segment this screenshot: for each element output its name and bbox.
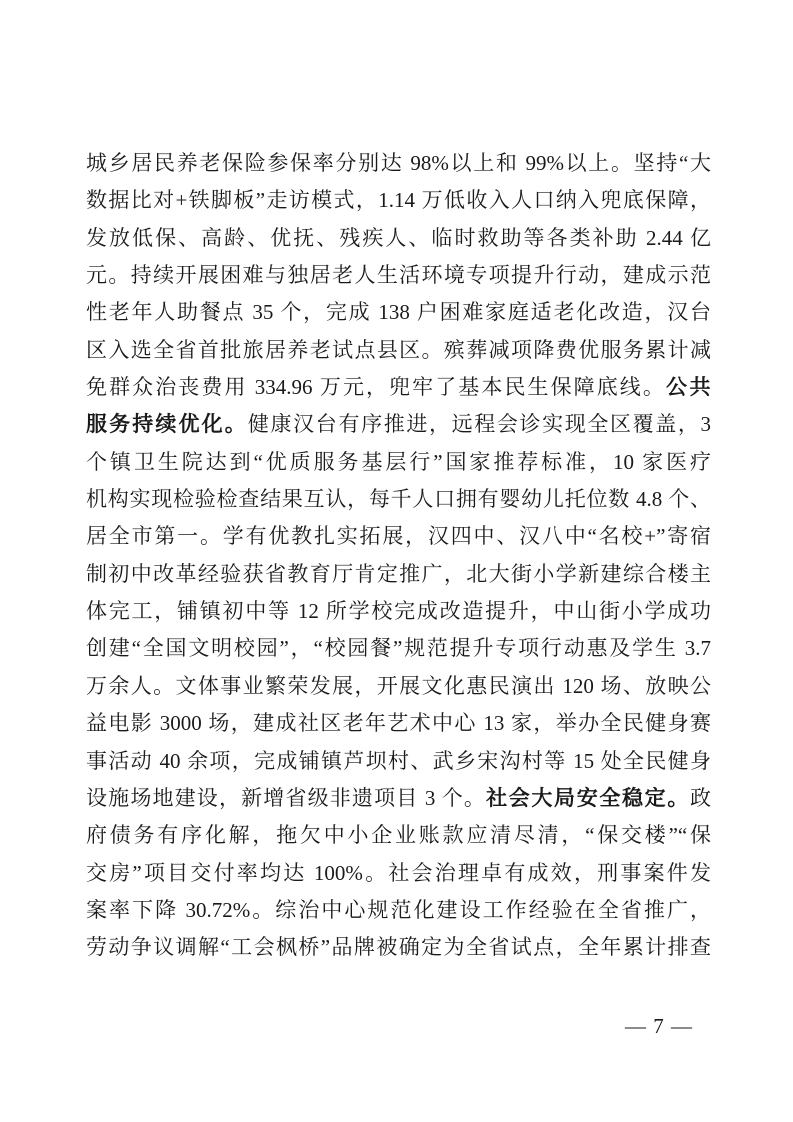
body-text: 城乡居民养老保险参保率分别达 98%以上和 99%以上。坚持“大数据比对+铁脚板…	[86, 145, 711, 967]
page-number: — 7 —	[625, 1013, 693, 1039]
text-segment: 府债务有序化解，拖欠中小企业账款应清尽清，“保交楼”“保	[86, 823, 711, 847]
text-segment: 创建“全国文明校园”，“校园餐”规范提升专项行动惠及学生 3.7	[86, 636, 711, 660]
text-line: 城乡居民养老保险参保率分别达 98%以上和 99%以上。坚持“大	[86, 145, 711, 182]
text-line: 居全市第一。学有优教扎实拓展，汉四中、汉八中“名校+”寄宿	[86, 518, 711, 555]
text-segment: 设施场地建设，新增省级非遗项目 3 个。	[86, 786, 486, 810]
text-line: 体完工，铺镇初中等 12 所学校完成改造提升，中山街小学成功	[86, 593, 711, 630]
section-heading: 社会大局安全稳定。	[486, 787, 690, 810]
text-segment: 居全市第一。学有优教扎实拓展，汉四中、汉八中“名校+”寄宿	[86, 524, 711, 548]
text-segment: 区入选全省首批旅居养老试点县区。殡葬减项降费优服务累计减	[86, 338, 711, 362]
text-segment: 城乡居民养老保险参保率分别达 98%以上和 99%以上。坚持“大	[86, 151, 711, 175]
text-line: 案率下降 30.72%。综治中心规范化建设工作经验在全省推广，	[86, 892, 711, 929]
text-segment: 免群众治丧费用 334.96 万元，兜牢了基本民生保障底线。	[86, 375, 666, 399]
text-segment: 元。持续开展困难与独居老人生活环境专项提升行动，建成示范	[86, 263, 711, 287]
text-segment: 案率下降 30.72%。综治中心规范化建设工作经验在全省推广，	[86, 898, 711, 922]
text-segment: 劳动争议调解“工会枫桥”品牌被确定为全省试点，全年累计排查	[86, 935, 711, 959]
section-heading: 服务持续优化。	[86, 413, 248, 436]
text-line: 益电影 3000 场，建成社区老年艺术中心 13 家，举办全民健身赛	[86, 705, 711, 742]
text-line: 劳动争议调解“工会枫桥”品牌被确定为全省试点，全年累计排查	[86, 929, 711, 966]
text-segment: 机构实现检验检查结果互认，每千人口拥有婴幼儿托位数 4.8 个、	[86, 487, 711, 511]
text-segment: 事活动 40 余项，完成铺镇芦坝村、武乡宋沟村等 15 处全民健身	[86, 749, 711, 773]
section-heading: 公共	[666, 376, 711, 399]
text-segment: 性老年人助餐点 35 个，完成 138 户困难家庭适老化改造，汉台	[86, 300, 711, 324]
text-line: 创建“全国文明校园”，“校园餐”规范提升专项行动惠及学生 3.7	[86, 630, 711, 667]
text-line: 发放低保、高龄、优抚、残疾人、临时救助等各类补助 2.44 亿	[86, 220, 711, 257]
text-segment: 万余人。文体事业繁荣发展，开展文化惠民演出 120 场、放映公	[86, 674, 711, 698]
text-segment: 政	[690, 786, 711, 810]
text-line: 机构实现检验检查结果互认，每千人口拥有婴幼儿托位数 4.8 个、	[86, 481, 711, 518]
text-segment: 制初中改革经验获省教育厅肯定推广，北大街小学新建综合楼主	[86, 562, 711, 586]
text-segment: 交房”项目交付率均达 100%。社会治理卓有成效，刑事案件发	[86, 861, 711, 885]
text-line: 元。持续开展困难与独居老人生活环境专项提升行动，建成示范	[86, 257, 711, 294]
text-line: 事活动 40 余项，完成铺镇芦坝村、武乡宋沟村等 15 处全民健身	[86, 743, 711, 780]
text-line: 数据比对+铁脚板”走访模式，1.14 万低收入人口纳入兜底保障，	[86, 182, 711, 219]
text-line: 万余人。文体事业繁荣发展，开展文化惠民演出 120 场、放映公	[86, 668, 711, 705]
text-line: 设施场地建设，新增省级非遗项目 3 个。社会大局安全稳定。政	[86, 780, 711, 817]
text-segment: 体完工，铺镇初中等 12 所学校完成改造提升，中山街小学成功	[86, 599, 711, 623]
document-page: 城乡居民养老保险参保率分别达 98%以上和 99%以上。坚持“大数据比对+铁脚板…	[0, 0, 793, 1122]
text-segment: 益电影 3000 场，建成社区老年艺术中心 13 家，举办全民健身赛	[86, 711, 711, 735]
text-segment: 发放低保、高龄、优抚、残疾人、临时救助等各类补助 2.44 亿	[86, 226, 711, 250]
text-line: 制初中改革经验获省教育厅肯定推广，北大街小学新建综合楼主	[86, 556, 711, 593]
text-line: 府债务有序化解，拖欠中小企业账款应清尽清，“保交楼”“保	[86, 817, 711, 854]
text-line: 免群众治丧费用 334.96 万元，兜牢了基本民生保障底线。公共	[86, 369, 711, 406]
text-segment: 健康汉台有序推进，远程会诊实现全区覆盖，3	[248, 412, 711, 436]
text-segment: 数据比对+铁脚板”走访模式，1.14 万低收入人口纳入兜底保障，	[86, 188, 711, 212]
text-line: 性老年人助餐点 35 个，完成 138 户困难家庭适老化改造，汉台	[86, 294, 711, 331]
text-line: 交房”项目交付率均达 100%。社会治理卓有成效，刑事案件发	[86, 855, 711, 892]
text-line: 区入选全省首批旅居养老试点县区。殡葬减项降费优服务累计减	[86, 332, 711, 369]
text-line: 个镇卫生院达到“优质服务基层行”国家推荐标准，10 家医疗	[86, 444, 711, 481]
text-segment: 个镇卫生院达到“优质服务基层行”国家推荐标准，10 家医疗	[86, 450, 711, 474]
text-line: 服务持续优化。健康汉台有序推进，远程会诊实现全区覆盖，3	[86, 406, 711, 443]
